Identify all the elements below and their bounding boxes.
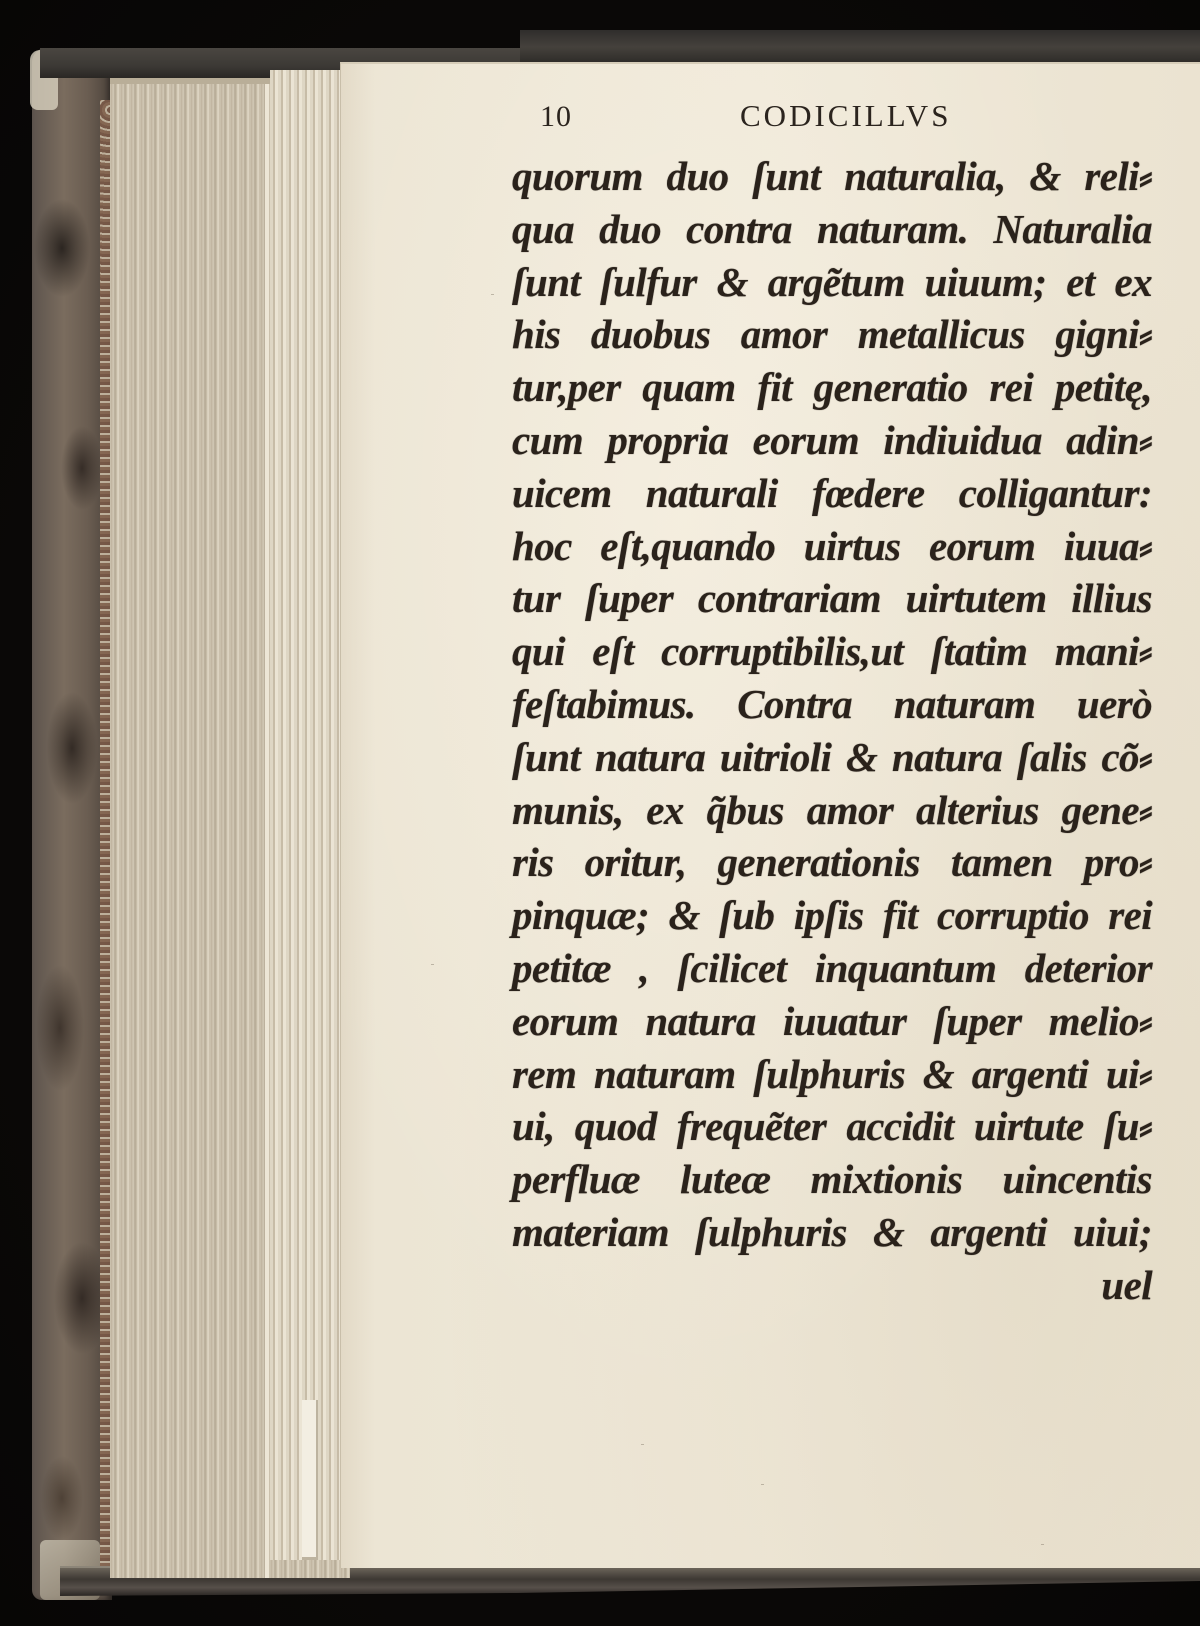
running-header: 10 CODICILLVS	[540, 98, 1000, 142]
cover-spine-top-edge	[520, 30, 1200, 66]
paper-fleck	[1041, 1544, 1044, 1545]
text-line: hoc eſt,quando uirtus eorum iuua⸗	[512, 520, 1152, 573]
body-text: quorum duo ſunt naturalia, & reli⸗ qua d…	[512, 150, 1152, 1312]
text-line: eorum natura iuuatur ſuper melio⸗	[512, 995, 1152, 1048]
page-stack-inner-edges	[270, 70, 340, 1560]
text-line: materiam ſulphuris & argenti uiui;	[512, 1206, 1152, 1259]
text-line: uicem naturali fœdere colligantur:	[512, 467, 1152, 520]
paper-fleck	[641, 1444, 644, 1445]
text-line: munis, ex q̃bus amor alterius gene⸗	[512, 784, 1152, 837]
text-line: quorum duo ſunt naturalia, & reli⸗	[512, 150, 1152, 203]
text-line: petitæ , ſcilicet inquantum deterior	[512, 942, 1152, 995]
text-line: ſunt natura uitrioli & natura ſalis cõ⸗	[512, 731, 1152, 784]
text-line: tur,per quam fit generatio rei petitę,	[512, 361, 1152, 414]
text-line: cum propria eorum indiuidua adin⸗	[512, 414, 1152, 467]
text-line: qui eſt corruptibilis,ut ſtatim mani⸗	[512, 625, 1152, 678]
text-line: ui, quod frequẽter accidit uirtute ſu⸗	[512, 1100, 1152, 1153]
running-header-title: CODICILLVS	[740, 98, 951, 134]
paper-fleck	[491, 294, 494, 295]
paper-fleck	[761, 1484, 764, 1485]
text-line: ſunt ſulfur & argẽtum uiuum; et ex	[512, 256, 1152, 309]
text-line: rem naturam ſulphuris & argenti ui⸗	[512, 1048, 1152, 1101]
text-line: ris oritur, generationis tamen pro⸗	[512, 836, 1152, 889]
text-line: pinquæ; & ſub ipſis fit corruptio rei	[512, 889, 1152, 942]
text-line: feſtabimus. Contra naturam uerò	[512, 678, 1152, 731]
paper-fleck	[431, 964, 434, 965]
text-line: perfluæ luteæ mixtionis uincentis	[512, 1153, 1152, 1206]
page-fold	[302, 1400, 318, 1560]
text-line: his duobus amor metallicus gigni⸗	[512, 308, 1152, 361]
text-line: qua duo contra naturam. Naturalia	[512, 203, 1152, 256]
text-line: tur ſuper contrariam uirtutem illius	[512, 572, 1152, 625]
page-number: 10	[540, 100, 740, 134]
catchword: uel	[512, 1259, 1152, 1312]
